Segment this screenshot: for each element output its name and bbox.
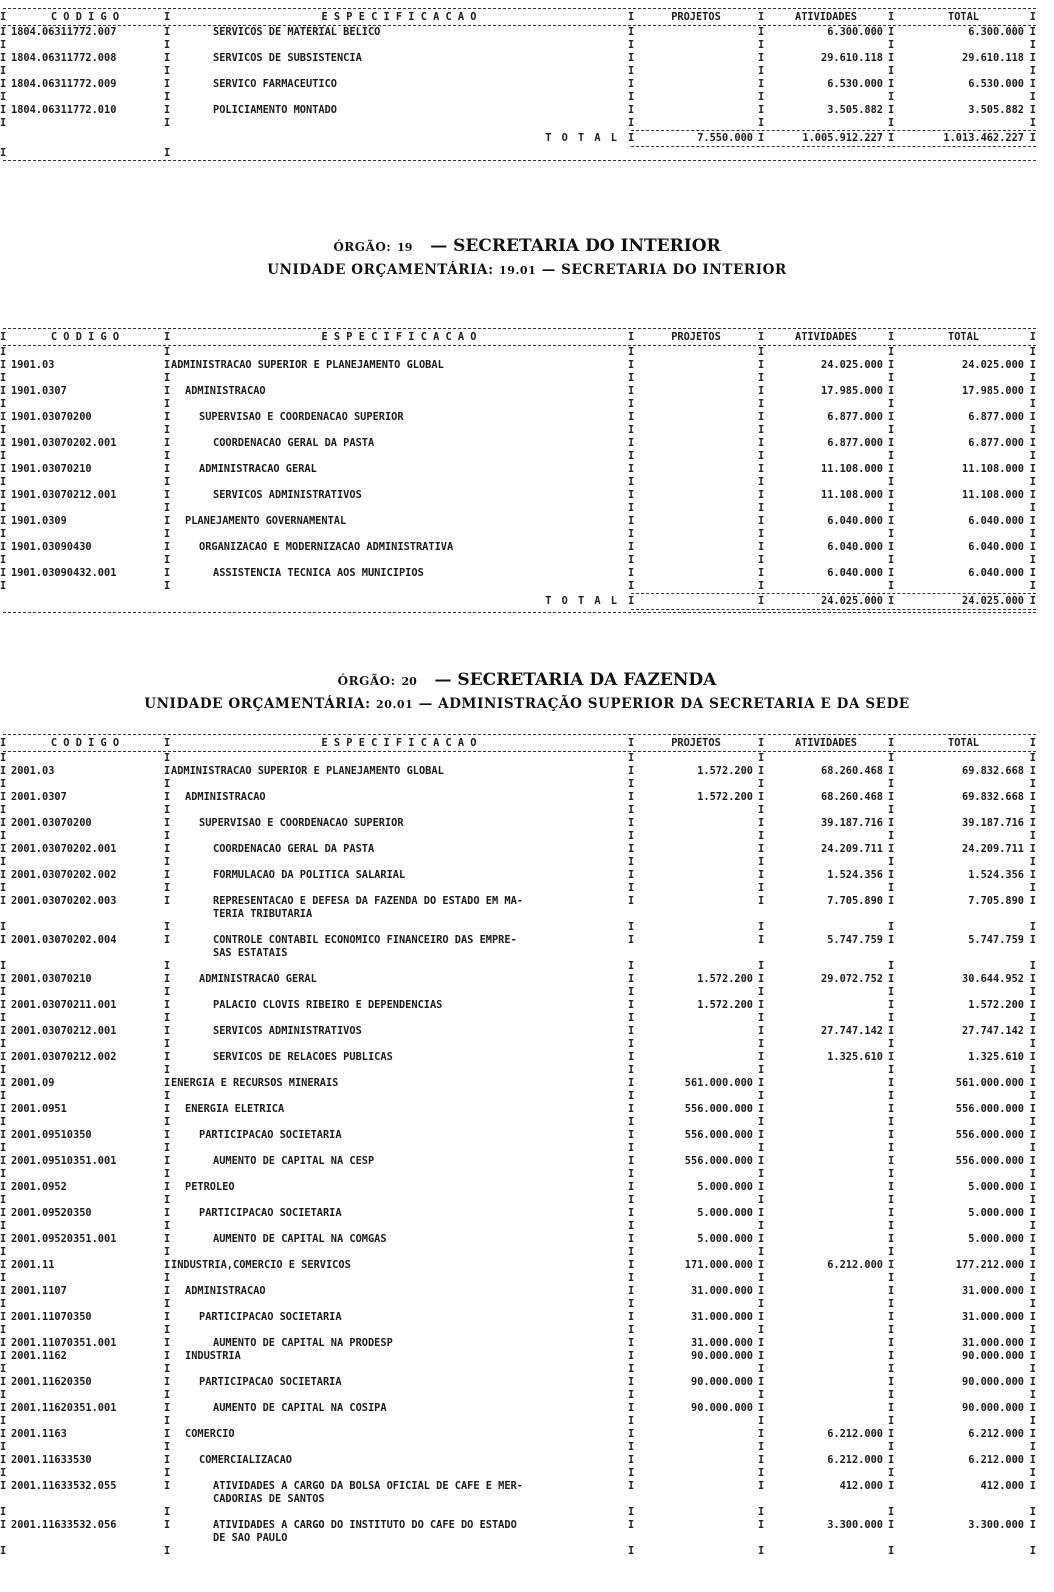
table-row: 2001.03070202.002FORMULACAO DA POLITICA … xyxy=(3,869,1036,882)
row-code: 2001.11633532.056 xyxy=(3,1519,167,1545)
row-especificacao: ADMINISTRACAO xyxy=(167,385,631,398)
header-especificacao: E S P E C I F I C A C A O xyxy=(167,9,631,25)
unidade-number: 20.01 xyxy=(376,698,413,711)
row-code: 1804.06311772.008 xyxy=(3,52,167,65)
row-atividades xyxy=(761,1350,891,1363)
row-total: 6.040.000 xyxy=(891,515,1036,528)
row-projetos xyxy=(631,52,761,65)
row-total: 1.325.610 xyxy=(891,1051,1036,1064)
row-projetos: 5.000.000 xyxy=(631,1181,761,1194)
row-especificacao: PLANEJAMENTO GOVERNAMENTAL xyxy=(167,515,631,528)
spacer-row xyxy=(3,1142,1036,1155)
total-label: T O T A L xyxy=(3,131,631,146)
table-row: 1901.0307ADMINISTRACAO17.985.00017.985.0… xyxy=(3,385,1036,398)
spacer-row xyxy=(3,398,1036,411)
row-especificacao: SERVICOS DE MATERIAL BELICO xyxy=(167,26,631,39)
budget-table-1804: C O D I G O E S P E C I F I C A C A O PR… xyxy=(3,8,1036,161)
table-row: 2001.03070212.001SERVICOS ADMINISTRATIVO… xyxy=(3,1025,1036,1038)
table-row: 2001.1162INDUSTRIA90.000.00090.000.000 xyxy=(3,1350,1036,1363)
table-row: 2001.11633530COMERCIALIZACAO6.212.0006.2… xyxy=(3,1454,1036,1467)
spacer-row xyxy=(3,528,1036,541)
row-total: 11.108.000 xyxy=(891,489,1036,502)
row-code: 2001.11070351.001 xyxy=(3,1337,167,1350)
spacer-row xyxy=(3,450,1036,463)
table-row: 2001.09520351.001AUMENTO DE CAPITAL NA C… xyxy=(3,1233,1036,1246)
row-total: 3.300.000 xyxy=(891,1519,1036,1545)
row-total: 11.108.000 xyxy=(891,463,1036,476)
row-total: 31.000.000 xyxy=(891,1311,1036,1324)
row-total: 1.572.200 xyxy=(891,999,1036,1012)
row-code: 1901.03070202.001 xyxy=(3,437,167,450)
header-total: TOTAL xyxy=(891,9,1036,25)
spacer-row xyxy=(3,1467,1036,1480)
row-total: 6.212.000 xyxy=(891,1454,1036,1467)
table-row: 2001.11INDUSTRIA,COMERCIO E SERVICOS171.… xyxy=(3,1259,1036,1272)
table-header: C O D I G O E S P E C I F I C A C A O PR… xyxy=(3,735,1036,751)
row-atividades: 39.187.716 xyxy=(761,817,891,830)
row-projetos xyxy=(631,843,761,856)
row-projetos: 90.000.000 xyxy=(631,1350,761,1363)
table-row: 1901.03070210ADMINISTRACAO GERAL11.108.0… xyxy=(3,463,1036,476)
row-especificacao: SERVICO FARMACEUTICO xyxy=(167,78,631,91)
table-row: 1901.03070212.001SERVICOS ADMINISTRATIVO… xyxy=(3,489,1036,502)
unidade-label: UNIDADE ORÇAMENTÁRIA: xyxy=(267,262,493,278)
row-atividades: 29.610.118 xyxy=(761,52,891,65)
row-projetos: 31.000.000 xyxy=(631,1285,761,1298)
row-atividades xyxy=(761,999,891,1012)
budget-table-1901: C O D I G O E S P E C I F I C A C A O PR… xyxy=(3,328,1036,613)
row-especificacao: ENERGIA ELETRICA xyxy=(167,1103,631,1116)
row-code: 1901.03090430 xyxy=(3,541,167,554)
table-row: 2001.09ENERGIA E RECURSOS MINERAIS561.00… xyxy=(3,1077,1036,1090)
orgao-number: 20 xyxy=(401,675,416,688)
row-total: 5.000.000 xyxy=(891,1233,1036,1246)
total-rule-bottom xyxy=(631,609,1036,610)
row-especificacao: PARTICIPACAO SOCIETARIA xyxy=(167,1376,631,1389)
row-projetos: 171.000.000 xyxy=(631,1259,761,1272)
row-atividades xyxy=(761,1207,891,1220)
row-atividades: 7.705.890 xyxy=(761,895,891,921)
total-row: T O T A L 7.550.000 1.005.912.227 1.013.… xyxy=(3,131,1036,146)
table-header: C O D I G O E S P E C I F I C A C A O PR… xyxy=(3,329,1036,345)
row-code: 2001.03 xyxy=(3,765,167,778)
table-row: 2001.03ADMINISTRACAO SUPERIOR E PLANEJAM… xyxy=(3,765,1036,778)
row-code: 2001.09 xyxy=(3,1077,167,1090)
row-projetos: 5.000.000 xyxy=(631,1207,761,1220)
row-especificacao: ATIVIDADES A CARGO DA BOLSA OFICIAL DE C… xyxy=(167,1480,631,1506)
row-total: 24.209.711 xyxy=(891,843,1036,856)
row-atividades xyxy=(761,1285,891,1298)
row-atividades: 3.300.000 xyxy=(761,1519,891,1545)
spacer-row xyxy=(3,39,1036,52)
table-row: 2001.0952PETROLEO5.000.0005.000.000 xyxy=(3,1181,1036,1194)
header-especificacao: E S P E C I F I C A C A O xyxy=(167,735,631,751)
table-row: 1901.03070200SUPERVISAO E COORDENACAO SU… xyxy=(3,411,1036,424)
spacer-row xyxy=(3,960,1036,973)
row-projetos: 5.000.000 xyxy=(631,1233,761,1246)
table-row: 2001.03070211.001PALACIO CLOVIS RIBEIRO … xyxy=(3,999,1036,1012)
row-total: 31.000.000 xyxy=(891,1285,1036,1298)
table-row: 1804.06311772.007SERVICOS DE MATERIAL BE… xyxy=(3,26,1036,39)
row-total: 3.505.882 xyxy=(891,104,1036,117)
table-row: 2001.11633532.056ATIVIDADES A CARGO DO I… xyxy=(3,1519,1036,1545)
row-especificacao: SERVICOS DE RELACOES PUBLICAS xyxy=(167,1051,631,1064)
spacer-row xyxy=(3,580,1036,593)
row-especificacao: ENERGIA E RECURSOS MINERAIS xyxy=(167,1077,631,1090)
row-code: 1901.03070212.001 xyxy=(3,489,167,502)
spacer-row xyxy=(3,830,1036,843)
row-code: 2001.03070202.002 xyxy=(3,869,167,882)
spacer-row xyxy=(3,65,1036,78)
spacer-row xyxy=(3,1038,1036,1051)
table-row: 2001.11070351.001AUMENTO DE CAPITAL NA P… xyxy=(3,1337,1036,1350)
spacer-row xyxy=(3,1415,1036,1428)
row-especificacao: ATIVIDADES A CARGO DO INSTITUTO DO CAFE … xyxy=(167,1519,631,1545)
header-codigo: C O D I G O xyxy=(3,9,167,25)
row-atividades: 6.040.000 xyxy=(761,515,891,528)
row-projetos xyxy=(631,437,761,450)
row-total: 6.040.000 xyxy=(891,567,1036,580)
row-especificacao: PARTICIPACAO SOCIETARIA xyxy=(167,1129,631,1142)
row-atividades: 1.325.610 xyxy=(761,1051,891,1064)
row-total: 27.747.142 xyxy=(891,1025,1036,1038)
row-code: 2001.03070200 xyxy=(3,817,167,830)
row-code: 2001.1107 xyxy=(3,1285,167,1298)
row-projetos xyxy=(631,385,761,398)
unidade-heading: UNIDADE ORÇAMENTÁRIA: 19.01 — SECRETARIA… xyxy=(0,262,1054,278)
table-row: 2001.03070202.003REPRESENTACAO E DEFESA … xyxy=(3,895,1036,921)
row-total: 90.000.000 xyxy=(891,1376,1036,1389)
header-especificacao: E S P E C I F I C A C A O xyxy=(167,329,631,345)
row-projetos xyxy=(631,359,761,372)
row-atividades xyxy=(761,1376,891,1389)
header-codigo: C O D I G O xyxy=(3,329,167,345)
row-especificacao: AUMENTO DE CAPITAL NA COMGAS xyxy=(167,1233,631,1246)
row-projetos xyxy=(631,1454,761,1467)
row-projetos: 561.000.000 xyxy=(631,1077,761,1090)
row-especificacao: COORDENACAO GERAL DA PASTA xyxy=(167,843,631,856)
row-projetos xyxy=(631,934,761,960)
row-total: 39.187.716 xyxy=(891,817,1036,830)
table-row: 2001.03070212.002SERVICOS DE RELACOES PU… xyxy=(3,1051,1036,1064)
spacer-row xyxy=(3,986,1036,999)
row-projetos: 1.572.200 xyxy=(631,765,761,778)
row-total: 6.300.000 xyxy=(891,26,1036,39)
orgao-heading: ÓRGÃO: 20 — SECRETARIA DA FAZENDA xyxy=(0,670,1054,690)
table-row: 2001.11620351.001AUMENTO DE CAPITAL NA C… xyxy=(3,1402,1036,1415)
row-atividades: 412.000 xyxy=(761,1480,891,1506)
row-projetos: 556.000.000 xyxy=(631,1129,761,1142)
spacer-row xyxy=(3,752,1036,765)
row-atividades: 1.524.356 xyxy=(761,869,891,882)
row-code: 2001.03070212.001 xyxy=(3,1025,167,1038)
spacer-row xyxy=(3,1272,1036,1285)
spacer-row xyxy=(3,1090,1036,1103)
header-projetos: PROJETOS xyxy=(631,735,761,751)
orgao-label: ÓRGÃO: xyxy=(333,240,391,254)
row-projetos xyxy=(631,463,761,476)
row-code: 1804.06311772.009 xyxy=(3,78,167,91)
row-code: 2001.11 xyxy=(3,1259,167,1272)
spacer-row xyxy=(3,346,1036,359)
spacer-row xyxy=(3,1389,1036,1402)
row-especificacao: ADMINISTRACAO SUPERIOR E PLANEJAMENTO GL… xyxy=(167,765,631,778)
spacer-row xyxy=(3,1506,1036,1519)
row-projetos: 90.000.000 xyxy=(631,1376,761,1389)
row-code: 1901.03090432.001 xyxy=(3,567,167,580)
row-atividades: 5.747.759 xyxy=(761,934,891,960)
row-code: 2001.0307 xyxy=(3,791,167,804)
row-total: 30.644.952 xyxy=(891,973,1036,986)
table-row: 1901.03ADMINISTRACAO SUPERIOR E PLANEJAM… xyxy=(3,359,1036,372)
table-row: 2001.11070350PARTICIPACAO SOCIETARIA31.0… xyxy=(3,1311,1036,1324)
row-especificacao: POLICIAMENTO MONTADO xyxy=(167,104,631,117)
row-code: 2001.11633532.055 xyxy=(3,1480,167,1506)
spacer-row xyxy=(3,476,1036,489)
row-atividades: 6.212.000 xyxy=(761,1454,891,1467)
row-especificacao: CONTROLE CONTABIL ECONOMICO FINANCEIRO D… xyxy=(167,934,631,960)
row-especificacao: ADMINISTRACAO GERAL xyxy=(167,973,631,986)
row-atividades xyxy=(761,1103,891,1116)
table-row: 2001.1163COMERCIO6.212.0006.212.000 xyxy=(3,1428,1036,1441)
row-atividades: 11.108.000 xyxy=(761,489,891,502)
table-row: 2001.03070202.004CONTROLE CONTABIL ECONO… xyxy=(3,934,1036,960)
row-atividades: 3.505.882 xyxy=(761,104,891,117)
row-code: 2001.1163 xyxy=(3,1428,167,1441)
row-code: 2001.1162 xyxy=(3,1350,167,1363)
row-total: 6.212.000 xyxy=(891,1428,1036,1441)
row-code: 2001.03070211.001 xyxy=(3,999,167,1012)
row-projetos xyxy=(631,515,761,528)
row-total: 17.985.000 xyxy=(891,385,1036,398)
row-code: 1901.0307 xyxy=(3,385,167,398)
table-bottom-border xyxy=(3,612,1036,613)
total-projetos: 7.550.000 xyxy=(631,131,761,146)
budget-table-2001: C O D I G O E S P E C I F I C A C A O PR… xyxy=(3,734,1036,1558)
row-projetos: 1.572.200 xyxy=(631,999,761,1012)
spacer-row xyxy=(3,1363,1036,1376)
spacer-row xyxy=(3,1116,1036,1129)
row-especificacao: ADMINISTRACAO xyxy=(167,1285,631,1298)
table-row: 1901.03090430ORGANIZACAO E MODERNIZACAO … xyxy=(3,541,1036,554)
row-especificacao: SUPERVISAO E COORDENACAO SUPERIOR xyxy=(167,411,631,424)
unidade-name: — ADMINISTRAÇÃO SUPERIOR DA SECRETARIA E… xyxy=(419,696,910,712)
row-projetos xyxy=(631,567,761,580)
row-especificacao: ADMINISTRACAO GERAL xyxy=(167,463,631,476)
spacer-row xyxy=(3,804,1036,817)
row-especificacao: COMERCIALIZACAO xyxy=(167,1454,631,1467)
row-especificacao: INDUSTRIA,COMERCIO E SERVICOS xyxy=(167,1259,631,1272)
row-total: 556.000.000 xyxy=(891,1129,1036,1142)
row-total: 90.000.000 xyxy=(891,1350,1036,1363)
row-atividades: 68.260.468 xyxy=(761,765,891,778)
spacer-row xyxy=(3,1194,1036,1207)
table-row: 2001.0307ADMINISTRACAO1.572.20068.260.46… xyxy=(3,791,1036,804)
table-row: 2001.03070210ADMINISTRACAO GERAL1.572.20… xyxy=(3,973,1036,986)
row-projetos: 90.000.000 xyxy=(631,1402,761,1415)
row-atividades xyxy=(761,1077,891,1090)
row-total: 177.212.000 xyxy=(891,1259,1036,1272)
row-total: 69.832.668 xyxy=(891,791,1036,804)
row-especificacao: SERVICOS DE SUBSISTENCIA xyxy=(167,52,631,65)
table-row: 2001.09510351.001AUMENTO DE CAPITAL NA C… xyxy=(3,1155,1036,1168)
row-atividades xyxy=(761,1233,891,1246)
row-atividades: 6.877.000 xyxy=(761,437,891,450)
row-code: 1804.06311772.010 xyxy=(3,104,167,117)
row-projetos: 31.000.000 xyxy=(631,1337,761,1350)
row-total: 5.747.759 xyxy=(891,934,1036,960)
total-total: 24.025.000 xyxy=(891,594,1036,609)
row-especificacao: AUMENTO DE CAPITAL NA PRODESP xyxy=(167,1337,631,1350)
row-total: 90.000.000 xyxy=(891,1402,1036,1415)
row-total: 561.000.000 xyxy=(891,1077,1036,1090)
table-row: 2001.09510350PARTICIPACAO SOCIETARIA556.… xyxy=(3,1129,1036,1142)
row-projetos: 31.000.000 xyxy=(631,1311,761,1324)
total-row: T O T A L 24.025.000 24.025.000 xyxy=(3,594,1036,609)
spacer-row xyxy=(3,1246,1036,1259)
unidade-number: 19.01 xyxy=(499,264,536,277)
row-total: 7.705.890 xyxy=(891,895,1036,921)
header-projetos: PROJETOS xyxy=(631,329,761,345)
row-atividades: 24.209.711 xyxy=(761,843,891,856)
row-especificacao: SUPERVISAO E COORDENACAO SUPERIOR xyxy=(167,817,631,830)
header-atividades: ATIVIDADES xyxy=(761,9,891,25)
spacer-row xyxy=(3,1220,1036,1233)
spacer-row xyxy=(3,921,1036,934)
row-especificacao: PETROLEO xyxy=(167,1181,631,1194)
table-row: 2001.0951ENERGIA ELETRICA556.000.000556.… xyxy=(3,1103,1036,1116)
row-atividades xyxy=(761,1311,891,1324)
spacer-row xyxy=(3,1545,1036,1558)
row-especificacao: PARTICIPACAO SOCIETARIA xyxy=(167,1311,631,1324)
row-atividades xyxy=(761,1129,891,1142)
row-atividades: 6.040.000 xyxy=(761,567,891,580)
row-atividades: 27.747.142 xyxy=(761,1025,891,1038)
row-total: 5.000.000 xyxy=(891,1181,1036,1194)
row-atividades xyxy=(761,1337,891,1350)
unidade-heading: UNIDADE ORÇAMENTÁRIA: 20.01 — ADMINISTRA… xyxy=(0,696,1054,712)
row-projetos xyxy=(631,869,761,882)
header-atividades: ATIVIDADES xyxy=(761,329,891,345)
row-code: 2001.03070202.003 xyxy=(3,895,167,921)
row-total: 6.040.000 xyxy=(891,541,1036,554)
row-code: 2001.03070210 xyxy=(3,973,167,986)
spacer-row xyxy=(3,1298,1036,1311)
row-code: 2001.0951 xyxy=(3,1103,167,1116)
table-row: 2001.1107ADMINISTRACAO31.000.00031.000.0… xyxy=(3,1285,1036,1298)
header-atividades: ATIVIDADES xyxy=(761,735,891,751)
row-projetos xyxy=(631,78,761,91)
header-total: TOTAL xyxy=(891,329,1036,345)
row-projetos xyxy=(631,1051,761,1064)
row-projetos xyxy=(631,817,761,830)
spacer-row xyxy=(3,1064,1036,1077)
row-especificacao: SERVICOS ADMINISTRATIVOS xyxy=(167,1025,631,1038)
spacer-row xyxy=(3,1168,1036,1181)
spacer-row xyxy=(3,117,1036,130)
row-projetos xyxy=(631,1025,761,1038)
table-row: 1901.03070202.001COORDENACAO GERAL DA PA… xyxy=(3,437,1036,450)
row-especificacao: ADMINISTRACAO xyxy=(167,791,631,804)
row-total: 556.000.000 xyxy=(891,1155,1036,1168)
row-code: 2001.11070350 xyxy=(3,1311,167,1324)
row-code: 2001.11620351.001 xyxy=(3,1402,167,1415)
row-projetos xyxy=(631,1480,761,1506)
row-atividades: 6.530.000 xyxy=(761,78,891,91)
row-atividades: 11.108.000 xyxy=(761,463,891,476)
table-row: 1804.06311772.008SERVICOS DE SUBSISTENCI… xyxy=(3,52,1036,65)
total-total: 1.013.462.227 xyxy=(891,131,1036,146)
row-total: 6.877.000 xyxy=(891,437,1036,450)
spacer-row xyxy=(3,502,1036,515)
row-atividades: 24.025.000 xyxy=(761,359,891,372)
row-projetos xyxy=(631,1519,761,1545)
total-label: T O T A L xyxy=(3,594,631,609)
row-total: 69.832.668 xyxy=(891,765,1036,778)
table-row: 2001.03070202.001COORDENACAO GERAL DA PA… xyxy=(3,843,1036,856)
row-projetos xyxy=(631,489,761,502)
row-especificacao: COORDENACAO GERAL DA PASTA xyxy=(167,437,631,450)
spacer-row xyxy=(3,91,1036,104)
row-code: 1901.03 xyxy=(3,359,167,372)
row-code: 1901.03070200 xyxy=(3,411,167,424)
row-projetos: 1.572.200 xyxy=(631,973,761,986)
row-code: 2001.09520350 xyxy=(3,1207,167,1220)
row-code: 2001.11633530 xyxy=(3,1454,167,1467)
row-atividades: 68.260.468 xyxy=(761,791,891,804)
row-atividades: 6.877.000 xyxy=(761,411,891,424)
table-row: 1901.0309PLANEJAMENTO GOVERNAMENTAL6.040… xyxy=(3,515,1036,528)
row-especificacao: PARTICIPACAO SOCIETARIA xyxy=(167,1207,631,1220)
row-code: 2001.0952 xyxy=(3,1181,167,1194)
total-projetos xyxy=(631,594,761,609)
row-atividades: 6.212.000 xyxy=(761,1428,891,1441)
row-code: 2001.03070212.002 xyxy=(3,1051,167,1064)
row-atividades: 17.985.000 xyxy=(761,385,891,398)
spacer-row xyxy=(3,1324,1036,1337)
spacer-row xyxy=(3,1441,1036,1454)
section-title-orgao-19: ÓRGÃO: 19 — SECRETARIA DO INTERIOR UNIDA… xyxy=(0,236,1054,278)
row-especificacao: REPRESENTACAO E DEFESA DA FAZENDA DO EST… xyxy=(167,895,631,921)
table-row: 2001.03070200SUPERVISAO E COORDENACAO SU… xyxy=(3,817,1036,830)
row-projetos: 556.000.000 xyxy=(631,1103,761,1116)
orgao-name: — SECRETARIA DA FAZENDA xyxy=(435,670,717,690)
row-atividades: 29.072.752 xyxy=(761,973,891,986)
spacer-row xyxy=(3,778,1036,791)
table-row: 1804.06311772.009SERVICO FARMACEUTICO6.5… xyxy=(3,78,1036,91)
table-row: 1804.06311772.010POLICIAMENTO MONTADO3.5… xyxy=(3,104,1036,117)
row-total: 5.000.000 xyxy=(891,1207,1036,1220)
header-codigo: C O D I G O xyxy=(3,735,167,751)
table-row: 2001.11620350PARTICIPACAO SOCIETARIA90.0… xyxy=(3,1376,1036,1389)
orgao-heading: ÓRGÃO: 19 — SECRETARIA DO INTERIOR xyxy=(0,236,1054,256)
row-projetos xyxy=(631,895,761,921)
spacer-row xyxy=(3,1012,1036,1025)
row-code: 2001.09510350 xyxy=(3,1129,167,1142)
header-total: TOTAL xyxy=(891,735,1036,751)
row-especificacao: ORGANIZACAO E MODERNIZACAO ADMINISTRATIV… xyxy=(167,541,631,554)
row-code: 2001.11620350 xyxy=(3,1376,167,1389)
row-total: 6.877.000 xyxy=(891,411,1036,424)
row-projetos: 556.000.000 xyxy=(631,1155,761,1168)
row-projetos xyxy=(631,541,761,554)
table-row: 2001.11633532.055ATIVIDADES A CARGO DA B… xyxy=(3,1480,1036,1506)
row-atividades xyxy=(761,1181,891,1194)
row-atividades: 6.212.000 xyxy=(761,1259,891,1272)
unidade-label: UNIDADE ORÇAMENTÁRIA: xyxy=(144,696,370,712)
total-atividades: 1.005.912.227 xyxy=(761,131,891,146)
spacer-row xyxy=(3,424,1036,437)
